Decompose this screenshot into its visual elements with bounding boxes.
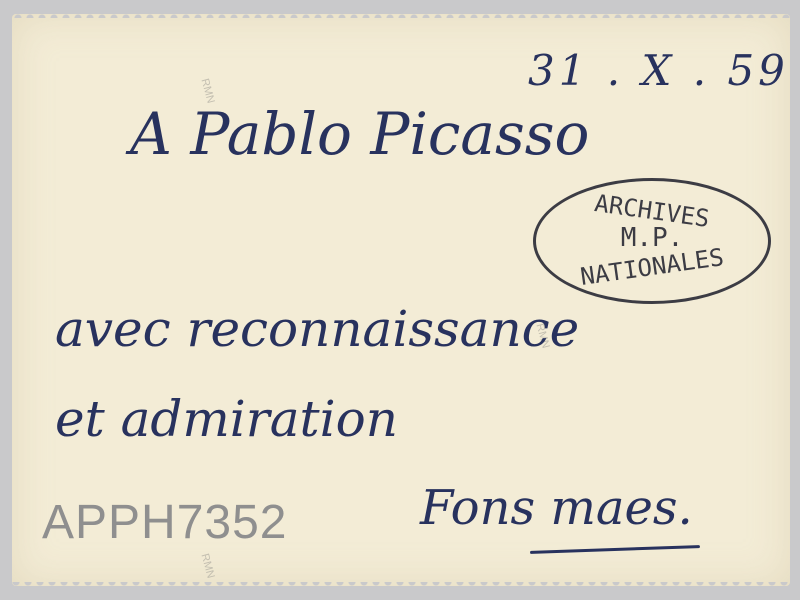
signature: Fons maes.	[420, 480, 693, 536]
message-line-2: et admiration	[55, 390, 398, 448]
message-line-1: avec reconnaissance	[55, 300, 579, 358]
archives-stamp: ARCHIVES M.P. NATIONALES	[533, 178, 771, 304]
date: 31 . X . 59	[528, 46, 789, 95]
greeting: A Pablo Picasso	[130, 100, 589, 168]
deckled-edge-bottom	[12, 582, 790, 590]
deckled-edge-left	[8, 14, 16, 586]
inventory-number: APPH7352	[42, 495, 288, 550]
deckled-edge-right	[786, 14, 794, 586]
deckled-edge-top	[12, 10, 790, 18]
